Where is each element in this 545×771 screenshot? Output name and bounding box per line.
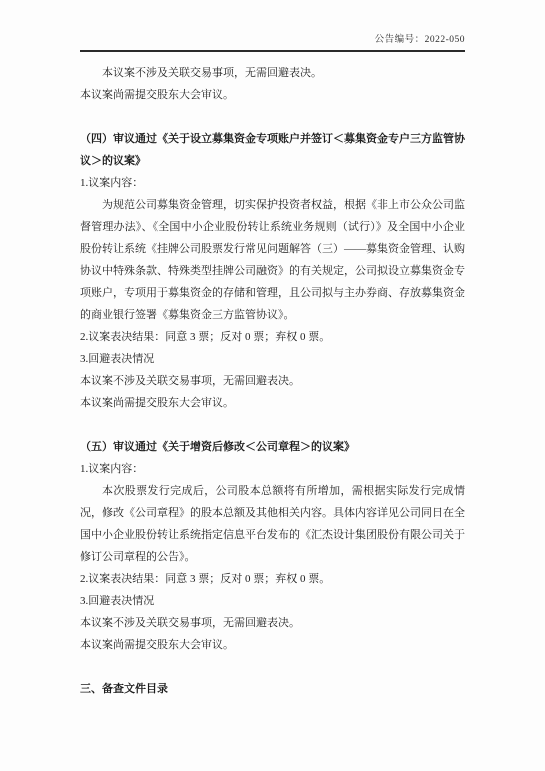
intro-recusal-text: 本议案不涉及关联交易事项，无需回避表决。 xyxy=(80,62,465,84)
section5-item1-label: 1.议案内容： xyxy=(80,458,465,480)
section5-heading: （五）审议通过《关于增资后修改＜公司章程＞的议案》 xyxy=(80,436,465,458)
page-header: 公告编号：2022-050 xyxy=(0,0,545,46)
section5-submit-text: 本议案尚需提交股东大会审议。 xyxy=(80,634,465,656)
header-divider xyxy=(80,50,465,52)
section4-recusal-text: 本议案不涉及关联交易事项，无需回避表决。 xyxy=(80,370,465,392)
announcement-number: 公告编号：2022-050 xyxy=(375,35,465,45)
section5-recusal-text: 本议案不涉及关联交易事项，无需回避表决。 xyxy=(80,612,465,634)
section5-content: 本次股票发行完成后，公司股本总额将有所增加，需根据实际发行完成情况，修改《公司章… xyxy=(80,480,465,568)
section4-submit-text: 本议案尚需提交股东大会审议。 xyxy=(80,392,465,414)
section5-vote-result: 2.议案表决结果：同意 3 票；反对 0 票；弃权 0 票。 xyxy=(80,568,465,590)
section4-vote-result: 2.议案表决结果：同意 3 票；反对 0 票；弃权 0 票。 xyxy=(80,326,465,348)
files-section-heading: 三、备查文件目录 xyxy=(80,678,465,700)
intro-submit-text: 本议案尚需提交股东大会审议。 xyxy=(80,84,465,106)
section4-item1-label: 1.议案内容： xyxy=(80,172,465,194)
section4-heading: （四）审议通过《关于设立募集资金专项账户并签订＜募集资金专户三方监管协议＞的议案… xyxy=(80,128,465,172)
section5-recusal-label: 3.回避表决情况 xyxy=(80,590,465,612)
document-body: 本议案不涉及关联交易事项，无需回避表决。 本议案尚需提交股东大会审议。 （四）审… xyxy=(80,62,465,700)
section4-recusal-label: 3.回避表决情况 xyxy=(80,348,465,370)
section4-content: 为规范公司募集资金管理，切实保护投资者权益，根据《非上市公众公司监督管理办法》、… xyxy=(80,194,465,326)
document-page: 公告编号：2022-050 本议案不涉及关联交易事项，无需回避表决。 本议案尚需… xyxy=(0,0,545,771)
